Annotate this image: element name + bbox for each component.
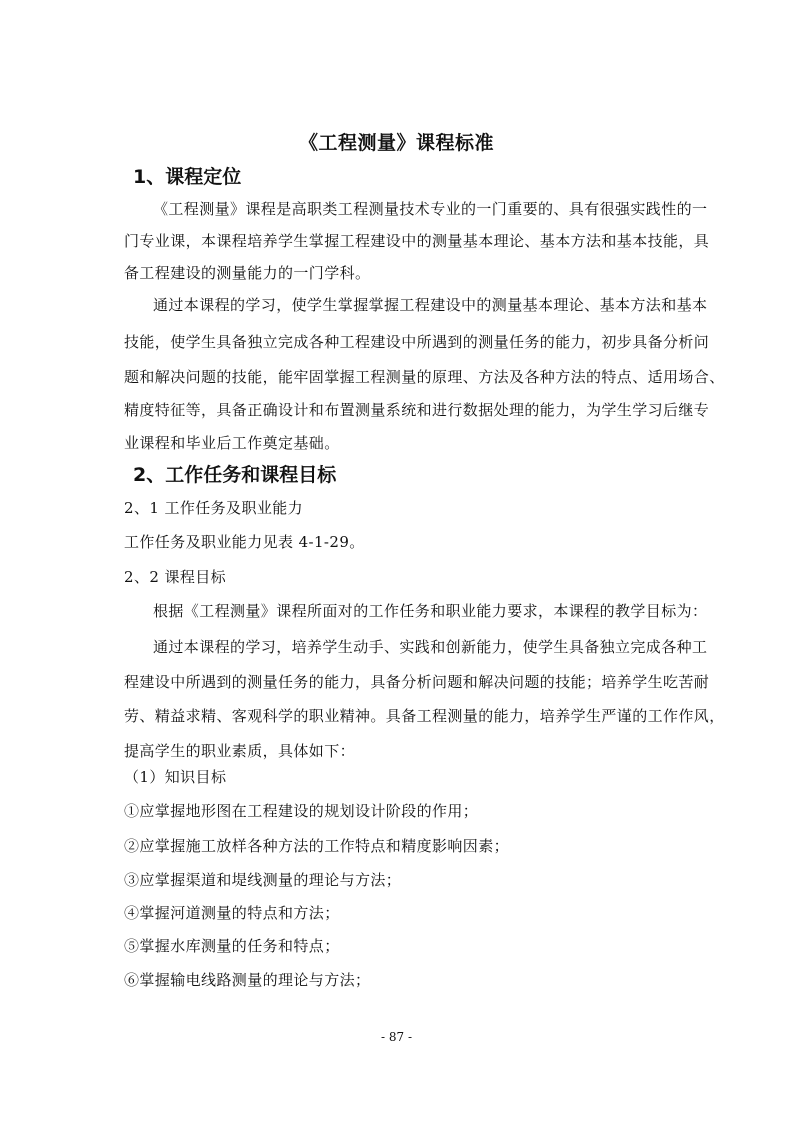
paragraph-line: 程建设中所遇到的测量任务的能力，具备分析问题和解决问题的技能；培养学生吃苦耐 bbox=[124, 671, 709, 692]
section-heading-2: 2、工作任务和课程目标 bbox=[133, 460, 336, 487]
knowledge-heading: （1）知识目标 bbox=[124, 766, 226, 787]
list-item: ③应掌握渠道和堤线测量的理论与方法； bbox=[124, 869, 401, 890]
list-item: ①应掌握地形图在工程建设的规划设计阶段的作用； bbox=[124, 800, 478, 821]
paragraph-line: 精度特征等，具备正确设计和布置测量系统和进行数据处理的能力，为学生学习后继专 bbox=[124, 399, 709, 420]
subsection-heading-2-1: 2、1 工作任务及职业能力 bbox=[124, 497, 303, 518]
subsection-heading-2-2: 2、2 课程目标 bbox=[124, 566, 226, 587]
section-heading-1: 1、课程定位 bbox=[133, 162, 241, 189]
paragraph-line: 题和解决问题的技能，能牢固掌握工程测量的原理、方法及各种方法的特点、适用场合、 bbox=[124, 366, 725, 387]
paragraph-line: 工作任务及职业能力见表 4-1-29。 bbox=[124, 531, 365, 552]
paragraph-line: 通过本课程的学习，培养学生动手、实践和创新能力，使学生具备独立完成各种工 bbox=[153, 636, 707, 657]
paragraph-line: 备工程建设的测量能力的一门学科。 bbox=[124, 262, 370, 283]
paragraph-line: 业课程和毕业后工作奠定基础。 bbox=[124, 432, 340, 453]
paragraph-line: 提高学生的职业素质，具体如下： bbox=[124, 740, 355, 761]
paragraph-line: 技能，使学生具备独立完成各种工程建设中所遇到的测量任务的能力，初步具备分析问 bbox=[124, 331, 709, 352]
paragraph-line: 根据《工程测量》课程所面对的工作任务和职业能力要求，本课程的教学目标为： bbox=[153, 600, 707, 621]
document-title: 《工程测量》课程标准 bbox=[0, 128, 793, 155]
document-page: 《工程测量》课程标准 1、课程定位 《工程测量》课程是高职类工程测量技术专业的一… bbox=[0, 0, 793, 1122]
paragraph-line: 劳、精益求精、客观科学的职业精神。具备工程测量的能力，培养学生严谨的工作作风， bbox=[124, 705, 725, 726]
page-number: - 87 - bbox=[0, 1030, 793, 1044]
list-item: ②应掌握施工放样各种方法的工作特点和精度影响因素； bbox=[124, 835, 509, 856]
list-item: ⑥掌握输电线路测量的理论与方法； bbox=[124, 969, 370, 990]
list-item: ⑤掌握水库测量的任务和特点； bbox=[124, 935, 340, 956]
paragraph-line: 门专业课，本课程培养学生掌握工程建设中的测量基本理论、基本方法和基本技能，具 bbox=[124, 230, 709, 251]
list-item: ④掌握河道测量的特点和方法； bbox=[124, 902, 340, 923]
paragraph-line: 通过本课程的学习，使学生掌握掌握工程建设中的测量基本理论、基本方法和基本 bbox=[153, 294, 707, 315]
paragraph-line: 《工程测量》课程是高职类工程测量技术专业的一门重要的、具有很强实践性的一 bbox=[153, 198, 707, 219]
